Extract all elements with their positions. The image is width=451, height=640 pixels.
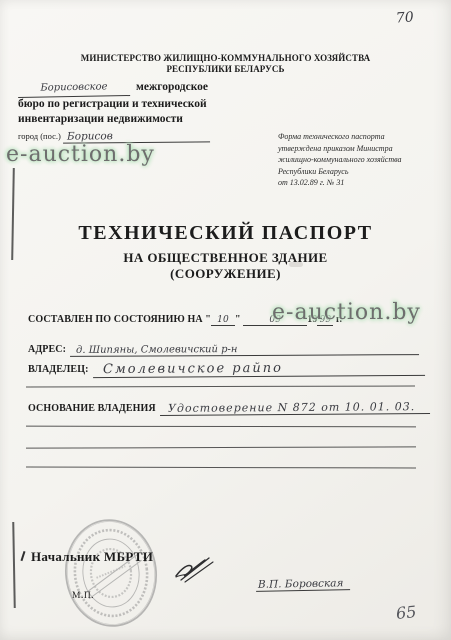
form-note-line2: утверждена приказом Министра: [278, 143, 438, 155]
page-number-top: 70: [395, 9, 414, 26]
signer-name-handwritten: В.П. Боровская: [256, 577, 350, 592]
bureau-line3: инвентаризации недвижимости: [18, 112, 278, 128]
position-label: Начальник МБРТИ: [31, 549, 153, 565]
signer-name-line: В.П. Боровская: [256, 574, 350, 592]
bureau-name-handwritten: Борисовское: [18, 79, 130, 97]
form-note-line1: Форма технического паспорта: [278, 131, 438, 143]
city-label: город (пос.): [18, 131, 61, 141]
scan-artifact-line-bottom: [12, 522, 16, 608]
title-line1: ТЕХНИЧЕСКИЙ ПАСПОРТ: [0, 222, 451, 245]
basis-value-handwritten: Удостоверение N 872 от 10. 01. 03.: [160, 400, 430, 416]
blank-rule-3: [26, 446, 416, 448]
document-title: ТЕХНИЧЕСКИЙ ПАСПОРТ НА ОБЩЕСТВЕННОЕ ЗДАН…: [0, 222, 451, 282]
round-stamp: [62, 516, 160, 630]
ministry-header: МИНИСТЕРСТВО ЖИЛИЩНО-КОММУНАЛЬНОГО ХОЗЯЙ…: [0, 53, 451, 75]
signature-scribble: [170, 551, 216, 585]
watermark-e-auction-middle: e-auction.by: [272, 300, 421, 325]
date-label: СОСТАВЛЕН ПО СОСТОЯНИЮ НА: [28, 314, 203, 325]
scanned-document-page: 70 МИНИСТЕРСТВО ЖИЛИЩНО-КОММУНАЛЬНОГО ХО…: [0, 0, 451, 640]
address-line: АДРЕС: д. Шипяны, Смолевичский р-н: [28, 339, 419, 357]
address-label: АДРЕС:: [28, 344, 66, 355]
pen-tick-mark: [20, 551, 25, 561]
blank-rule-4: [26, 466, 416, 468]
ministry-line2: РЕСПУБЛИКИ БЕЛАРУСЬ: [0, 64, 451, 75]
title-line3: (СООРУЖЕНИЕ): [0, 266, 451, 282]
ministry-line1: МИНИСТЕРСТВО ЖИЛИЩНО-КОММУНАЛЬНОГО ХОЗЯЙ…: [0, 53, 451, 64]
basis-line: ОСНОВАНИЕ ВЛАДЕНИЯ Удостоверение N 872 о…: [28, 398, 430, 416]
bureau-word-printed: межгородское: [136, 81, 208, 93]
address-value-handwritten: д. Шипяны, Смолевичский р-н: [70, 343, 419, 357]
form-note-line4: Республики Беларусь: [278, 166, 438, 178]
title-line2: НА ОБЩЕСТВЕННОЕ ЗДАНИЕ: [0, 250, 451, 266]
date-quote-close: ": [235, 314, 241, 325]
date-day-handwritten: 10: [211, 315, 235, 326]
form-note-line3: жилищно-коммунального хозяйства: [278, 154, 438, 166]
bureau-block: Борисовскоемежгородское бюро по регистра…: [18, 80, 278, 128]
seal-place-label: М.П.: [72, 591, 94, 601]
blank-rule-1: [26, 385, 415, 387]
blank-rule-2: [26, 426, 416, 428]
bureau-line1: Борисовскоемежгородское: [18, 80, 278, 97]
form-approval-note: Форма технического паспорта утверждена п…: [278, 131, 438, 189]
bureau-line2: бюро по регистрации и технической: [18, 97, 278, 113]
watermark-e-auction-top: e-auction.by: [6, 142, 155, 167]
owner-value-handwritten: Смолевичское райпо: [92, 360, 424, 378]
owner-label: ВЛАДЕЛЕЦ:: [28, 364, 89, 375]
page-number-bottom: 65: [395, 602, 417, 623]
basis-label: ОСНОВАНИЕ ВЛАДЕНИЯ: [28, 403, 156, 414]
form-note-line5: от 13.02.89 г. № 31: [278, 177, 438, 189]
owner-line: ВЛАДЕЛЕЦ: Смолевичское райпо: [28, 359, 425, 377]
